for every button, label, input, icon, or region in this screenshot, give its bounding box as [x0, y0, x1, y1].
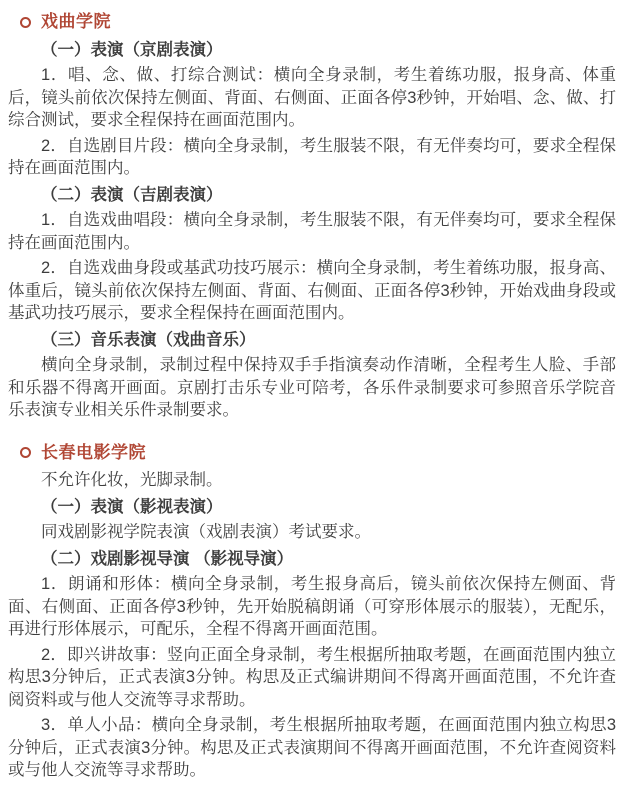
circle-bullet-icon	[20, 447, 31, 458]
document-body: 戏曲学院 （一）表演（京剧表演） 1．唱、念、做、打综合测试：横向全身录制，考生…	[0, 0, 624, 797]
circle-bullet-icon	[20, 17, 31, 28]
subsection-heading: （一）表演（京剧表演）	[8, 39, 616, 62]
paragraph: 不允许化妆，光脚录制。	[8, 469, 616, 492]
paragraph: 横向全身录制，录制过程中保持双手手指演奏动作清晰，全程考生人脸、手部和乐器不得离…	[8, 354, 616, 422]
paragraph: 2．自选剧目片段：横向全身录制，考生服装不限，有无伴奏均可，要求全程保持在画面范…	[8, 135, 616, 180]
section-heading: 长春电影学院	[20, 442, 616, 465]
paragraph: 1．自选戏曲唱段：横向全身录制，考生服装不限，有无伴奏均可，要求全程保持在画面范…	[8, 209, 616, 254]
subsection-heading: （一）表演（影视表演）	[8, 496, 616, 519]
section-title: 戏曲学院	[41, 11, 111, 34]
section-opera-academy: 戏曲学院 （一）表演（京剧表演） 1．唱、念、做、打综合测试：横向全身录制，考生…	[8, 11, 616, 422]
paragraph: 3．单人小品：横向全身录制，考生根据所抽取考题，在画面范围内独立构思3分钟后，正…	[8, 714, 616, 782]
paragraph: 同戏剧影视学院表演（戏剧表演）考试要求。	[8, 521, 616, 544]
paragraph: 2．自选戏曲身段或基武功技巧展示：横向全身录制，考生着练功服，报身高、体重后，镜…	[8, 257, 616, 325]
section-title: 长春电影学院	[41, 442, 146, 465]
section-heading: 戏曲学院	[20, 11, 616, 34]
subsection-heading: （二）戏剧影视导演 （影视导演）	[8, 548, 616, 571]
subsection-heading: （二）表演（吉剧表演）	[8, 184, 616, 207]
paragraph: 1．朗诵和形体：横向全身录制，考生报身高后，镜头前依次保持左侧面、背面、右侧面、…	[8, 573, 616, 641]
paragraph: 2．即兴讲故事：竖向正面全身录制，考生根据所抽取考题，在画面范围内独立构思3分钟…	[8, 644, 616, 712]
section-film-academy: 长春电影学院 不允许化妆，光脚录制。 （一）表演（影视表演） 同戏剧影视学院表演…	[8, 442, 616, 782]
paragraph: 1．唱、念、做、打综合测试：横向全身录制，考生着练功服，报身高、体重后，镜头前依…	[8, 64, 616, 132]
subsection-heading: （三）音乐表演（戏曲音乐）	[8, 329, 616, 352]
